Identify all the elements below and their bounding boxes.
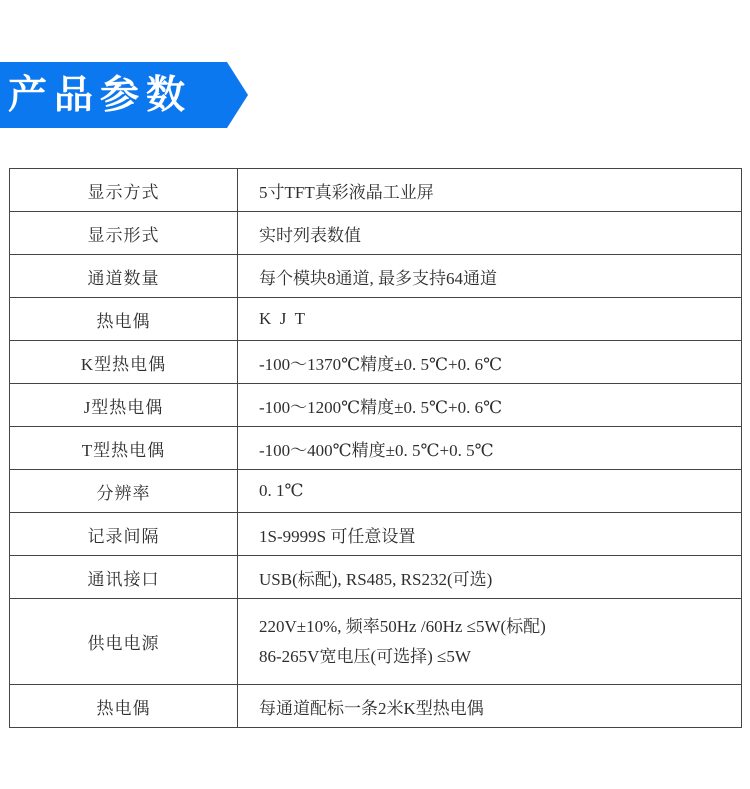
param-value: 220V±10%, 频率50Hz /60Hz ≤5W(标配)86-265V宽电压… <box>238 599 742 685</box>
param-value: 每通道配标一条2米K型热电偶 <box>238 685 742 728</box>
param-label: 显示形式 <box>10 212 238 255</box>
param-label: 记录间隔 <box>10 513 238 556</box>
param-value: USB(标配), RS485, RS232(可选) <box>238 556 742 599</box>
param-value: -100～1370℃精度±0. 5℃+0. 6℃ <box>238 341 742 384</box>
param-value: 每个模块8通道, 最多支持64通道 <box>238 255 742 298</box>
param-label: 分辨率 <box>10 470 238 513</box>
param-label: 通讯接口 <box>10 556 238 599</box>
param-value: 5寸TFT真彩液晶工业屏 <box>238 169 742 212</box>
param-label: 供电电源 <box>10 599 238 685</box>
section-banner: 产品参数 <box>0 62 248 128</box>
page: 产品参数 显示方式5寸TFT真彩液晶工业屏显示形式实时列表数值通道数量每个模块8… <box>0 0 750 789</box>
table-row: K型热电偶-100～1370℃精度±0. 5℃+0. 6℃ <box>10 341 742 384</box>
table-row: 分辨率0. 1℃ <box>10 470 742 513</box>
table-row: J型热电偶-100～1200℃精度±0. 5℃+0. 6℃ <box>10 384 742 427</box>
table-row: 通讯接口USB(标配), RS485, RS232(可选) <box>10 556 742 599</box>
param-label: 显示方式 <box>10 169 238 212</box>
param-label: K型热电偶 <box>10 341 238 384</box>
param-value: 1S-9999S 可任意设置 <box>238 513 742 556</box>
spec-table-body: 显示方式5寸TFT真彩液晶工业屏显示形式实时列表数值通道数量每个模块8通道, 最… <box>10 169 742 728</box>
param-value: K J T <box>238 298 742 341</box>
param-value: -100～1200℃精度±0. 5℃+0. 6℃ <box>238 384 742 427</box>
table-row: 记录间隔1S-9999S 可任意设置 <box>10 513 742 556</box>
param-label: 热电偶 <box>10 298 238 341</box>
param-value: 实时列表数值 <box>238 212 742 255</box>
param-label: 热电偶 <box>10 685 238 728</box>
table-row: 显示方式5寸TFT真彩液晶工业屏 <box>10 169 742 212</box>
product-spec-table: 显示方式5寸TFT真彩液晶工业屏显示形式实时列表数值通道数量每个模块8通道, 最… <box>9 168 742 728</box>
param-label: 通道数量 <box>10 255 238 298</box>
param-value-line: 220V±10%, 频率50Hz /60Hz ≤5W(标配) <box>259 612 740 642</box>
table-row: 供电电源220V±10%, 频率50Hz /60Hz ≤5W(标配)86-265… <box>10 599 742 685</box>
param-label: J型热电偶 <box>10 384 238 427</box>
param-value: -100～400℃精度±0. 5℃+0. 5℃ <box>238 427 742 470</box>
table-row: 热电偶K J T <box>10 298 742 341</box>
table-row: 通道数量每个模块8通道, 最多支持64通道 <box>10 255 742 298</box>
section-title: 产品参数 <box>0 76 192 115</box>
table-row: 热电偶每通道配标一条2米K型热电偶 <box>10 685 742 728</box>
param-label: T型热电偶 <box>10 427 238 470</box>
param-value-line: 86-265V宽电压(可选择) ≤5W <box>259 642 740 672</box>
param-value: 0. 1℃ <box>238 470 742 513</box>
table-row: T型热电偶-100～400℃精度±0. 5℃+0. 5℃ <box>10 427 742 470</box>
table-row: 显示形式实时列表数值 <box>10 212 742 255</box>
